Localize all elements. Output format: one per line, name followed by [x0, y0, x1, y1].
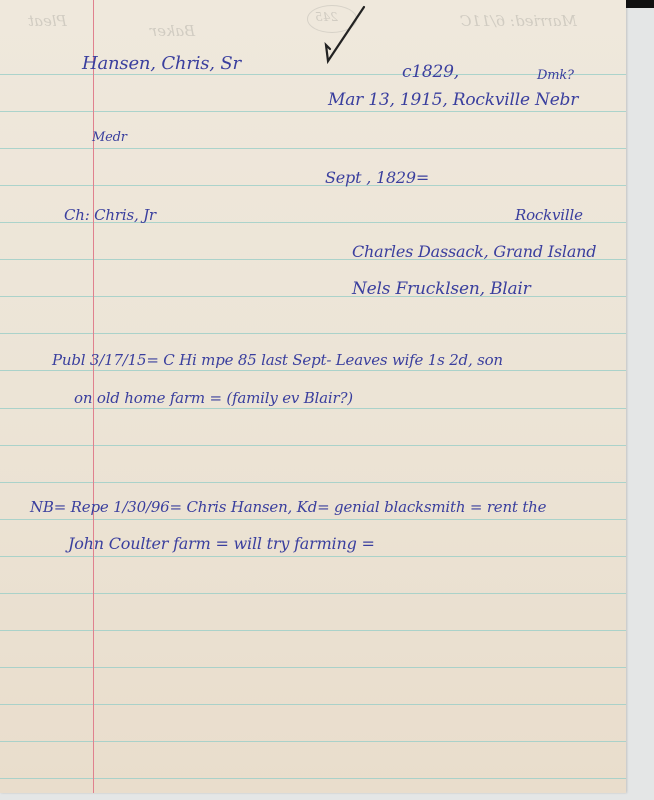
death-date-place: Mar 13, 1915, Rockville Nebr	[328, 90, 578, 110]
birth-date: Sept , 1829=	[325, 168, 429, 187]
nb-note-line-2: John Coulter farm = will try farming =	[68, 534, 375, 553]
nb-note-line-1: NB= Repe 1/30/96= Chris Hansen, Kd= geni…	[30, 498, 546, 516]
subject-name: Hansen, Chris, Sr	[82, 53, 241, 74]
obituary-note-line-1: Publ 3/17/15= C Hi mpe 85 last Sept- Lea…	[52, 351, 503, 369]
bleed-through-text: Married: 6/11C	[460, 12, 577, 30]
witness-2: Nels Frucklsen, Blair	[352, 279, 531, 299]
heirs-label: Ch: Chris, Jr	[64, 206, 156, 224]
bleed-through-text: Pleat	[28, 12, 67, 30]
notebook-page: Pleat Baker 245 Married: 6/11C Hansen, C…	[0, 0, 626, 793]
marker-note: Medr	[92, 130, 127, 145]
checkmark-icon	[318, 5, 368, 65]
obituary-note-line-2: on old home farm = (family ev Blair?)	[74, 389, 353, 407]
bleed-through-text: Baker	[150, 22, 195, 40]
denomination-note: Dmk?	[537, 68, 574, 83]
scan-edge	[626, 0, 654, 8]
birth-year: c1829,	[402, 62, 459, 82]
witness-1: Charles Dassack, Grand Island	[352, 242, 596, 261]
residence: Rockville	[515, 206, 583, 224]
